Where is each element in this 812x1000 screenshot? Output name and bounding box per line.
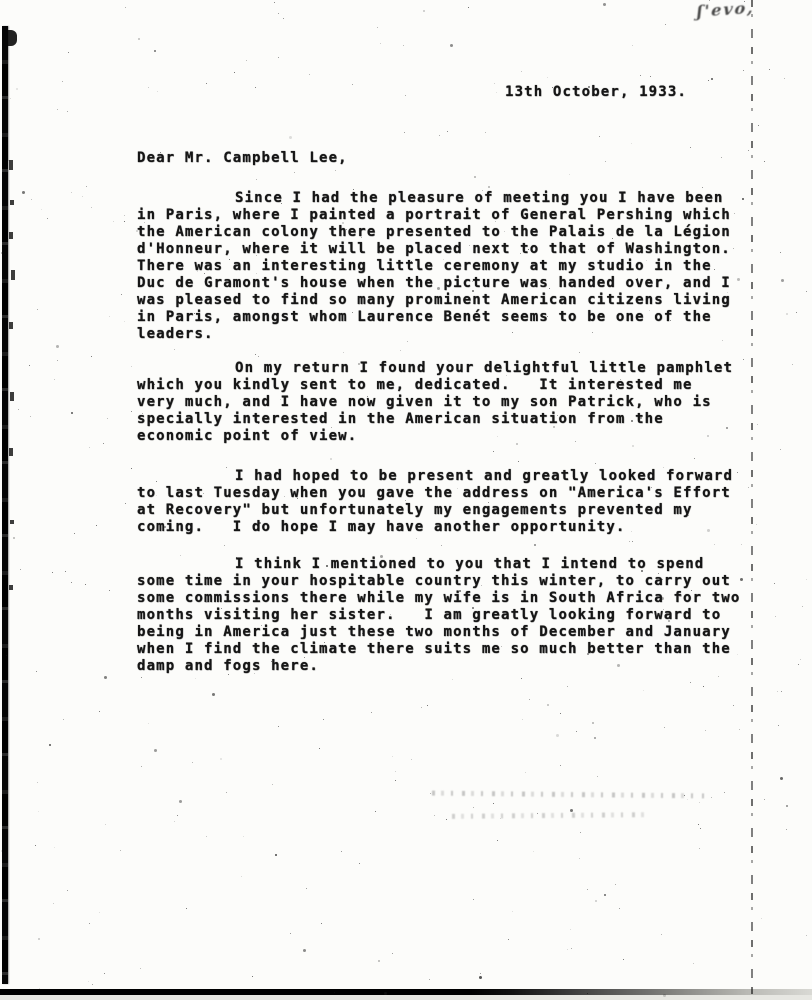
scan-speck [375,811,376,812]
scan-speck [173,421,174,422]
scan-speck [256,179,257,180]
scan-speck [579,858,580,859]
scan-speck [459,590,461,592]
scan-edge-tick [9,585,13,590]
scan-speck [806,935,807,936]
scanned-letter-page: ʃ'evo, 13th October, 1933. Dear Mr. Camp… [0,0,812,1000]
scan-speck [309,74,310,75]
scan-speck [156,481,157,482]
scan-speck [380,566,381,567]
scan-speck [707,435,709,437]
scan-speck [687,799,688,800]
scan-speck [496,92,497,93]
scan-speck [547,704,549,706]
scan-speck [708,80,709,81]
scan-speck [140,968,141,969]
scan-speck [342,222,344,224]
scan-speck [274,2,275,3]
scan-speck [592,722,594,724]
scan-speck [495,221,496,222]
scan-speck [174,821,175,822]
scan-speck [148,87,149,88]
scan-speck [319,748,320,749]
scan-speck [456,562,457,563]
scan-speck [446,819,447,820]
scan-speck [473,899,474,900]
scan-speck [605,161,606,162]
scan-speck [303,949,306,952]
scan-speck [53,903,54,904]
ghost-smudge-row [432,791,704,799]
scan-speck [737,654,738,655]
scan-speck [13,537,15,539]
letter-date: 13th October, 1933. [505,84,687,101]
scan-speck [699,848,700,849]
scan-speck [522,719,523,720]
scan-speck [350,529,352,531]
scan-speck [3,969,4,970]
scan-speck [6,144,7,145]
scan-speck [321,923,322,924]
scan-speck [378,960,380,962]
scan-speck [493,803,494,804]
scan-speck [570,929,571,930]
scan-speck [186,908,187,909]
scan-speck [99,912,100,913]
scan-speck [512,911,513,912]
scan-speck [756,524,757,525]
scan-speck [109,590,110,591]
scan-speck [65,571,66,572]
scan-speck [508,939,509,940]
scan-speck [102,991,103,992]
scan-speck [54,379,55,380]
scan-speck [404,132,405,133]
scan-speck [520,253,521,254]
scan-speck [57,109,58,110]
scan-speck [468,7,469,8]
scan-speck [534,544,536,546]
scan-speck [74,533,75,534]
scan-speck [62,81,63,82]
scan-speck [694,458,695,459]
scan-speck [705,730,706,731]
scan-speck [619,908,620,909]
scan-speck [703,686,704,687]
scan-speck [472,281,473,282]
scan-speck [316,507,317,508]
scan-speck [661,597,664,600]
scan-speck [86,186,87,187]
scan-speck [57,360,58,361]
scan-speck [643,690,644,691]
scan-speck [560,765,561,766]
scan-speck [571,948,572,949]
scan-speck [758,125,759,126]
scan-speck [632,445,634,447]
scan-speck [91,356,92,357]
scan-speck [493,451,494,452]
scan-speck [421,707,422,708]
scan-speck [632,45,633,46]
scan-speck [49,744,51,746]
scan-speck [67,111,68,112]
scan-speck [377,27,378,28]
scan-speck [494,83,495,84]
scan-speck [721,157,722,158]
scan-speck [104,676,107,679]
scan-speck [594,737,596,739]
scan-speck [780,449,781,450]
scan-speck [131,468,132,469]
scan-bottom-margin [0,995,812,1000]
scan-speck [743,359,744,360]
scan-speck [778,725,779,726]
scan-speck [195,678,196,679]
scan-speck [640,75,641,76]
scan-speck [109,316,110,317]
scan-speck [54,847,55,848]
scan-speck [368,645,369,646]
scan-speck [157,91,158,92]
scan-speck [637,278,638,279]
scan-speck [423,10,425,12]
scan-speck [748,487,749,488]
scan-speck [737,278,740,281]
scan-speck [371,712,372,713]
scan-speck [306,888,307,889]
scan-speck [234,72,235,73]
scan-speck [748,150,749,151]
scan-speck [254,673,255,674]
scan-speck [22,191,25,194]
handwritten-scribble: ʃ'evo, [696,0,755,21]
scan-speck [742,198,744,200]
scan-speck [469,245,470,246]
scan-speck [278,57,279,58]
scan-edge-tick [9,232,13,239]
scan-speck [769,69,770,70]
scan-speck [7,761,8,762]
scan-speck [405,95,406,96]
scan-speck [192,762,193,763]
scan-speck [212,693,215,696]
scan-speck [482,190,483,191]
scan-speck [427,705,428,706]
scan-speck [120,850,121,851]
scan-speck [20,569,21,570]
scan-speck [335,170,336,171]
scan-fold-line [751,0,753,1000]
scan-edge-tick [10,200,14,205]
scan-speck [56,345,59,348]
scan-speck [576,731,577,732]
scan-speck [480,973,481,974]
scan-speck [331,427,332,428]
scan-speck [392,756,393,757]
scan-speck [439,135,440,136]
scan-speck [113,221,114,222]
scan-speck [35,845,36,846]
scan-speck [663,467,664,468]
scan-speck [714,544,715,545]
scan-speck [774,583,775,584]
scan-speck [38,811,39,812]
scan-speck [802,606,803,607]
scan-speck [650,76,651,77]
scan-speck [579,352,580,353]
scan-speck [741,544,742,545]
scan-speck [107,418,108,419]
scan-speck [777,691,778,692]
scan-speck [690,682,691,683]
scan-speck [89,447,90,448]
scan-speck [786,805,788,807]
scan-speck [330,458,332,460]
scan-speck [497,840,498,841]
scan-speck [124,221,125,222]
scan-speck [324,406,325,407]
scan-speck [124,321,125,322]
scan-speck [290,933,291,934]
scan-speck [88,981,89,982]
scan-speck [316,565,318,567]
scan-speck [699,802,700,803]
scan-speck [177,815,178,816]
scan-speck [632,541,633,542]
scan-speck [757,424,758,425]
scan-speck [256,273,257,274]
scan-speck [761,918,762,919]
scan-speck [806,291,807,292]
scan-speck [447,131,448,132]
scan-speck [416,538,417,539]
scan-speck [41,209,42,210]
scan-speck [684,303,685,304]
scan-left-edge-artifact [2,26,8,984]
ghost-smudge-row [452,812,650,819]
scan-speck [125,7,126,8]
letter-paragraph-2: On my return I found your delightful lit… [137,360,733,445]
scan-speck [488,186,490,188]
scan-speck [177,388,179,390]
scan-speck [255,87,256,88]
scan-speck [131,411,132,412]
scan-speck [702,187,703,188]
scan-speck [599,401,600,402]
scan-edge-tick [10,392,14,401]
scan-speck [629,541,630,542]
scan-speck [588,86,590,88]
scan-speck [104,973,105,974]
scan-speck [479,976,482,979]
scan-speck [36,671,37,672]
scan-speck [156,495,157,496]
scan-speck [30,416,31,417]
scan-speck [691,372,692,373]
scan-speck [226,792,227,793]
scan-speck [206,601,208,603]
scan-speck [764,161,765,162]
scan-speck [246,60,247,61]
scan-speck [631,143,632,144]
scan-speck [560,713,561,714]
scan-speck [734,213,735,214]
scan-speck [71,582,72,583]
scan-speck [403,45,404,46]
scan-speck [604,894,606,896]
scan-speck [781,691,782,692]
scan-speck [6,556,7,557]
scan-speck [99,711,100,712]
scan-speck [224,545,225,546]
scan-speck [781,279,784,282]
scan-speck [631,531,632,532]
scan-speck [141,766,142,767]
scan-speck [37,309,38,310]
scan-speck [411,759,412,760]
scan-speck [395,771,396,772]
scan-speck [441,545,442,546]
scan-speck [37,782,38,783]
scan-speck [18,409,19,410]
scan-speck [668,620,670,622]
scan-speck [806,579,807,580]
scan-speck [141,677,142,678]
scan-speck [326,565,328,567]
scan-speck [521,71,522,72]
scan-speck [252,976,253,977]
scan-speck [792,364,793,365]
scan-speck [733,248,734,249]
scan-speck [700,828,701,829]
scan-speck [380,43,381,44]
scan-speck [105,824,106,825]
scan-speck [283,18,284,19]
scan-speck [341,851,342,852]
scan-speck [91,207,92,208]
scan-speck [343,352,344,353]
scan-speck [796,312,797,313]
scan-speck [690,147,691,148]
scan-speck [294,172,295,173]
scan-speck [154,749,157,752]
scan-speck [154,50,156,52]
letter-paragraph-3: I had hoped to be present and greatly lo… [137,468,733,536]
scan-left-edge-blot [8,30,17,46]
scan-speck [597,776,598,777]
scan-speck [739,729,740,730]
scan-speck [273,217,274,218]
scan-speck [124,215,125,216]
scan-speck [289,136,292,139]
scan-speck [281,203,282,204]
scan-speck [780,777,783,780]
scan-speck [195,265,196,266]
scan-speck [698,824,699,825]
scan-speck [521,678,522,679]
scan-speck [52,572,53,573]
scan-speck [206,836,207,837]
scan-speck [352,84,353,85]
scan-speck [38,938,40,940]
scan-speck [450,44,453,47]
scan-speck [737,472,738,473]
scan-speck [529,699,530,700]
scan-speck [10,98,11,99]
scan-speck [148,723,149,724]
scan-speck [684,795,685,796]
scan-speck [798,664,799,665]
scan-speck [547,77,548,78]
scan-speck [587,889,588,890]
scan-speck [603,3,606,6]
scan-speck [400,350,401,351]
scan-edge-tick [9,448,13,456]
letter-paragraph-1: Since I had the pleasure of meeting you … [137,190,731,343]
scan-speck [121,294,122,295]
scan-speck [567,686,568,687]
scan-speck [570,809,573,812]
scan-speck [16,88,18,90]
scan-speck [784,78,785,79]
scan-speck [452,679,453,680]
scan-speck [131,366,132,367]
scan-speck [206,83,207,84]
scan-speck [595,463,596,464]
scan-speck [67,890,68,891]
scan-speck [599,136,600,137]
scan-speck [707,529,710,532]
scan-edge-tick [9,160,13,170]
scan-edge-tick [10,520,14,524]
scan-speck [430,793,431,794]
scan-speck [85,584,86,585]
scan-speck [525,772,526,773]
scan-speck [89,923,90,924]
scan-speck [711,78,713,80]
scan-speck [474,176,476,178]
scan-speck [485,132,486,133]
scan-speck [786,313,788,315]
scan-speck [631,420,633,422]
scan-speck [258,356,259,357]
scan-speck [617,664,620,667]
scan-speck [718,676,719,677]
scan-speck [472,607,474,609]
scan-speck [623,959,624,960]
scan-speck [518,461,519,462]
scan-speck [434,815,435,816]
scan-speck [664,727,665,728]
scan-speck [429,979,430,980]
scan-speck [780,252,781,253]
scan-speck [786,829,787,830]
scan-speck [31,199,32,200]
scan-speck [255,354,256,355]
scan-speck [569,174,570,175]
scan-speck [580,832,581,833]
scan-speck [259,522,261,524]
scan-speck [258,423,259,424]
scan-speck [533,851,534,852]
scan-speck [556,734,559,737]
scan-speck [265,646,266,647]
scan-speck [516,443,518,445]
scan-speck [71,192,72,193]
scan-speck [711,797,712,798]
scan-speck [243,836,244,837]
